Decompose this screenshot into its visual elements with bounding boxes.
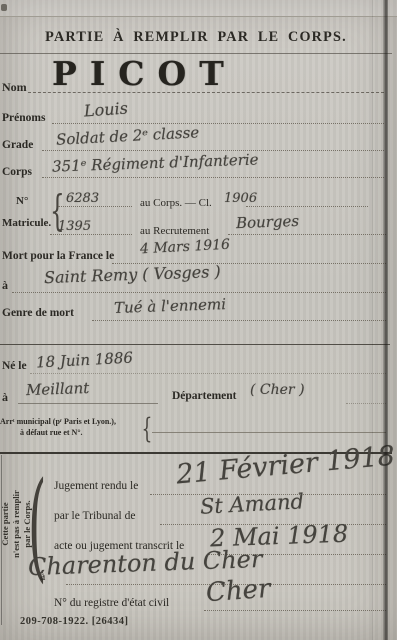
field-underline [52,123,384,124]
field-underline [12,292,386,293]
scan-fold-line [372,0,373,640]
prenoms-label: Prénoms [2,112,45,124]
registre-label: N° du registre d'état civil [54,597,169,609]
scan-artifact [1,4,7,11]
field-underline [204,610,386,611]
mort-date-value: 4 Mars 1916 [140,237,231,258]
arrondissement-brace: { [142,412,153,445]
corps-label: Corps [2,166,32,178]
field-underline [246,206,368,207]
registre-value: Cher [205,574,271,608]
field-underline [152,432,386,433]
matricule-label: Matricule. [2,217,51,229]
side-note-line: n'est pas à remplir [11,455,22,593]
naissance-date-value: 18 Juin 1886 [36,348,134,371]
matricule-recrutement-number: 1395 [58,219,91,234]
prenoms-value: Louis [83,98,128,120]
arrondissement-label-line1: Arrᵗ municipal (pʳ Paris et Lyon.), [0,417,116,426]
jugement-value: 21 Février 1918 [175,441,396,491]
matricule-classe-value: 1906 [224,191,257,206]
naissance-lieu-label: à [2,390,8,405]
matricule-corps-number: 6283 [66,191,99,206]
tribunal-value: St Amand [199,489,304,518]
corps-value: 351ᵉ Régiment d'Infanterie [52,150,259,175]
field-underline [92,320,386,321]
arrondissement-label-line2: à défaut rue et N°. [20,428,83,437]
matricule-corps-label: au Corps. — Cl. [140,197,212,209]
naissance-lieu-value: Meillant [26,379,90,399]
field-underline [346,403,386,404]
field-underline [18,403,158,404]
naissance-date-label: Né le [2,360,27,372]
departement-label: Département [172,390,237,402]
scan-edge-right [383,0,388,640]
tribunal-label: par le Tribunal de [54,510,135,522]
field-underline [42,177,384,178]
section-divider [0,344,390,345]
mort-date-label: Mort pour la France le [2,250,114,262]
print-code: 209-708-1922. [26434] [20,616,129,627]
matricule-recrutement-label: au Recrutement [140,225,209,237]
scanned-military-death-record: PARTIE À REMPLIR PAR LE CORPS. Nom PICOT… [0,0,397,640]
nom-value-stamp: PICOT [52,54,237,93]
genre-mort-value: Tué à l'ennemi [114,295,227,317]
form-header: PARTIE À REMPLIR PAR LE CORPS. [0,29,392,46]
field-underline [42,150,384,151]
mort-lieu-label: à [2,278,8,293]
scan-edge-left [1,455,2,625]
matricule-recrutement-value: Bourges [236,212,300,232]
genre-mort-label: Genre de mort [2,307,74,319]
matricule-no-label: N° [16,195,28,207]
field-underline [30,373,386,374]
grade-label: Grade [2,139,33,151]
field-underline [50,234,132,235]
nom-label: Nom [2,80,27,95]
field-underline [228,234,386,235]
jugement-label: Jugement rendu le [54,480,138,492]
departement-value: ( Cher ) [250,382,305,398]
field-underline [58,206,132,207]
mort-lieu-value: Saint Remy ( Vosges ) [44,262,221,287]
grade-value: Soldat de 2ᵉ classe [56,123,200,148]
field-underline [28,92,384,93]
scan-edge-top [0,0,397,17]
